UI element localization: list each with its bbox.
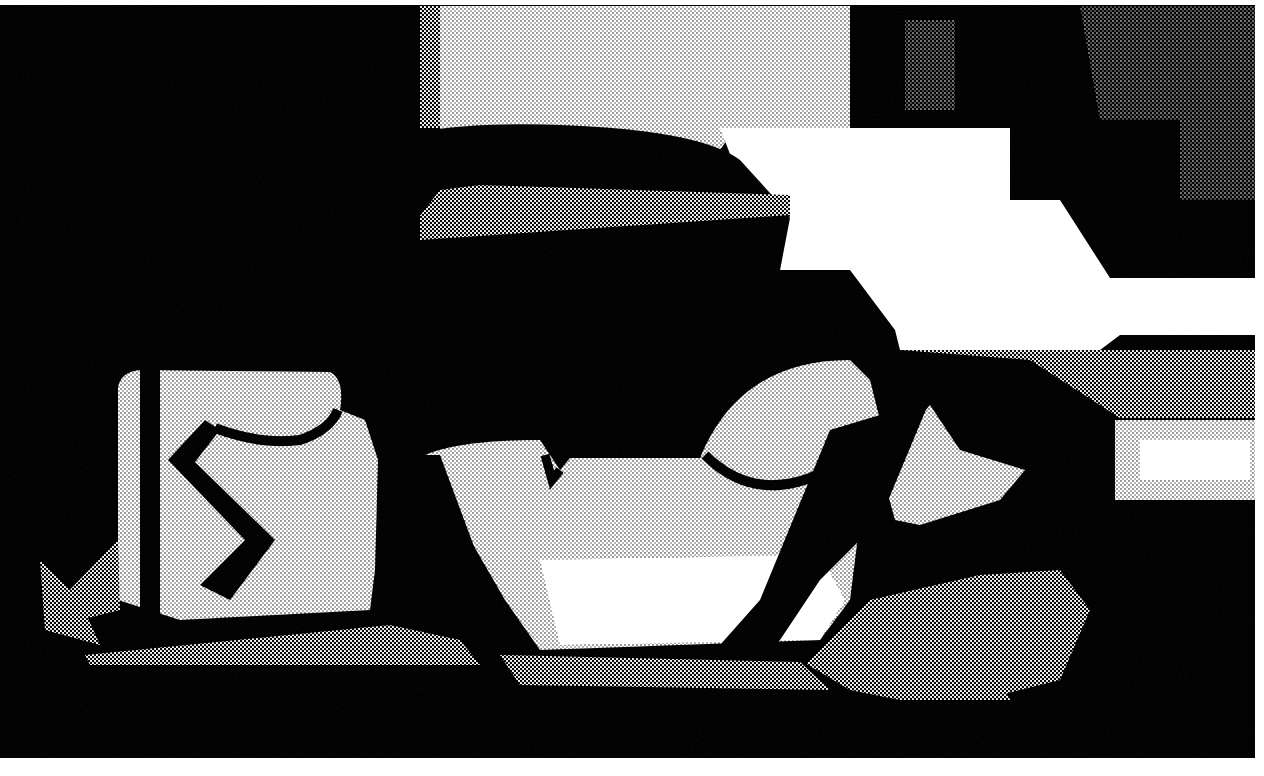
halftone-photograph: Grainy high-contrast photograph of dark …	[0, 0, 1264, 776]
photo-canvas	[0, 0, 1264, 776]
